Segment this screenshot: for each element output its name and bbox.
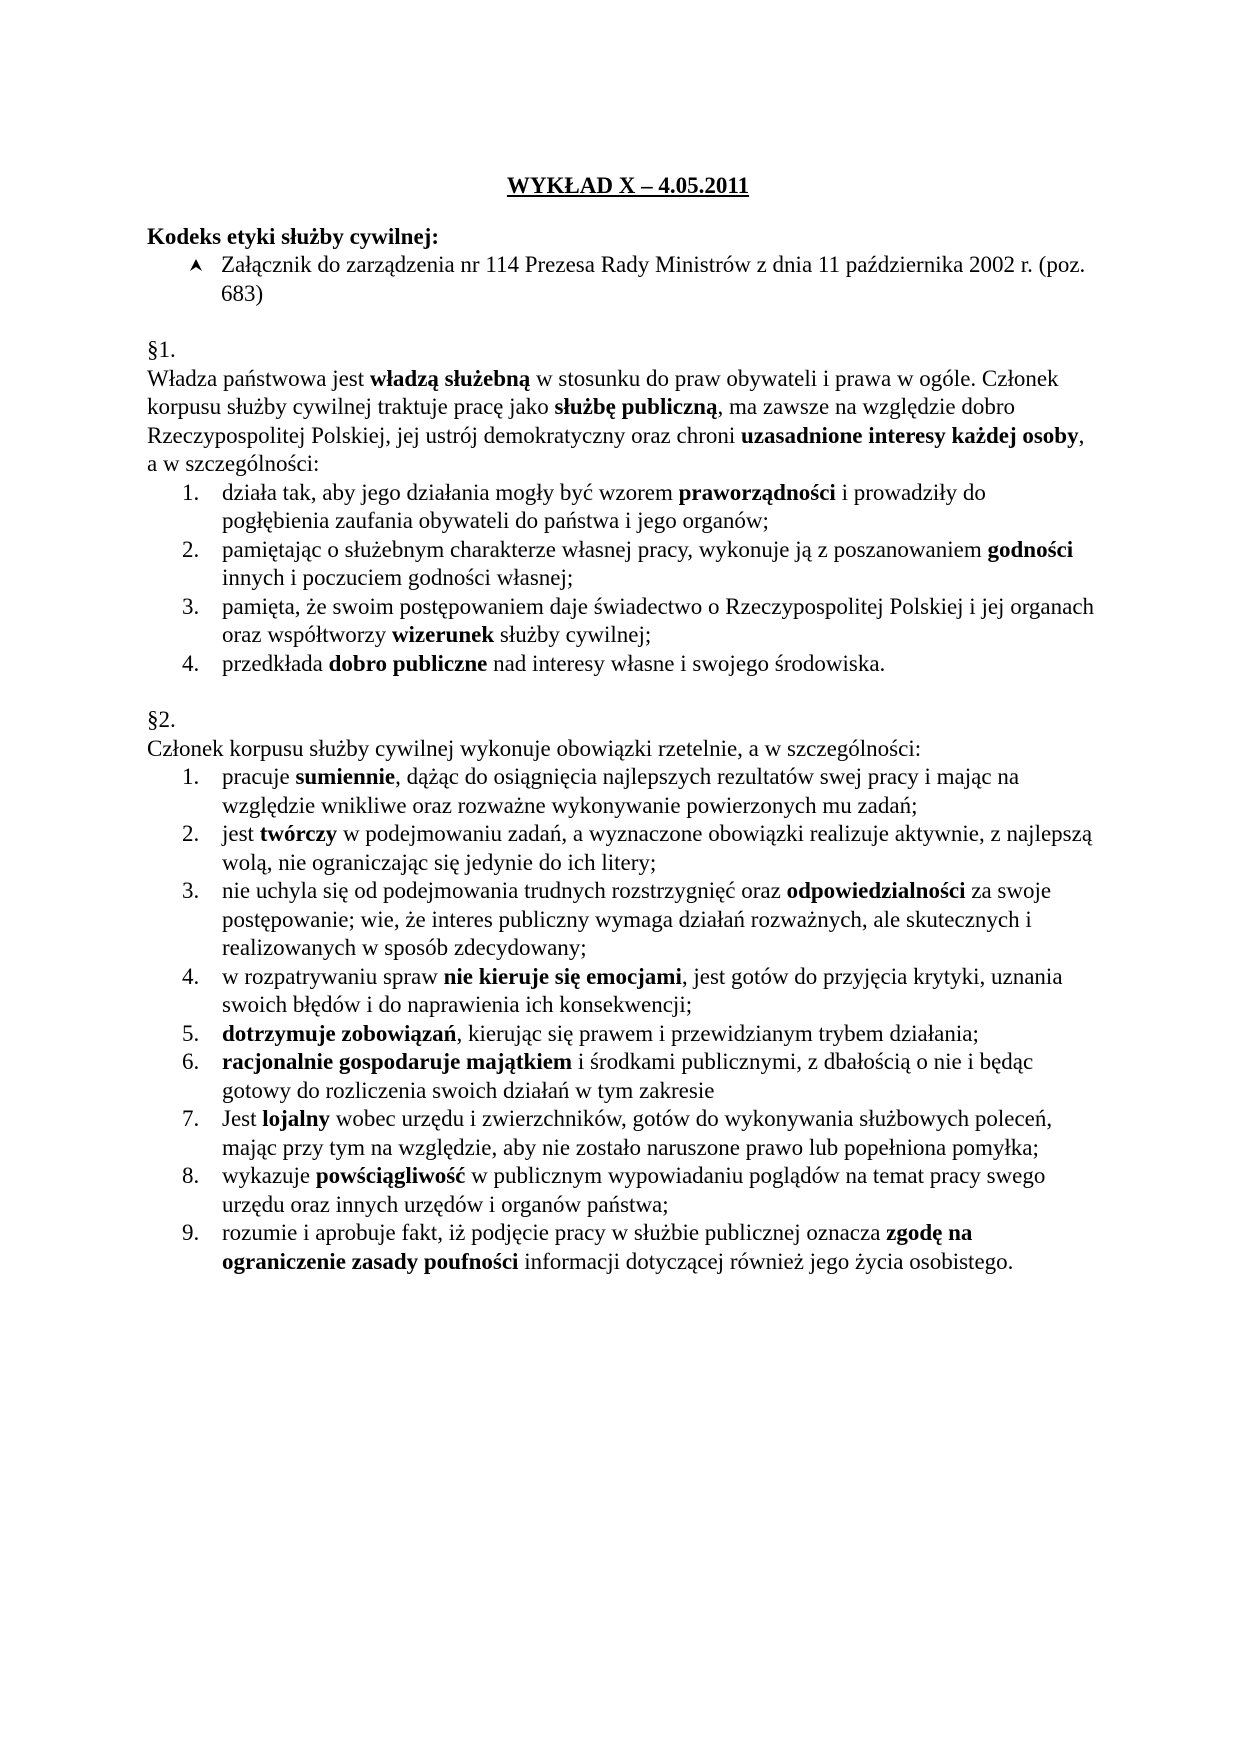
list-number: 6. <box>182 1048 199 1077</box>
document-page: WYKŁAD X – 4.05.2011 Kodeks etyki służby… <box>147 172 1097 1276</box>
text-run: nie uchyla się od podejmowania trudnych … <box>222 878 787 903</box>
text-run: nad interesy własne i swojego środowiska… <box>487 651 885 676</box>
section-mark: §2. <box>147 706 1097 735</box>
numbered-list: 1.działa tak, aby jego działania mogły b… <box>147 479 1097 679</box>
bold-phrase: twórczy <box>260 821 337 846</box>
text-run: przedkłada <box>222 651 329 676</box>
list-item-text: Jest lojalny wobec urzędu i zwierzchnikó… <box>222 1106 1052 1160</box>
text-run: w rozpatrywaniu spraw <box>222 964 444 989</box>
arrowhead-bullet-icon <box>187 251 207 279</box>
list-item-text: wykazuje powściągliwość w publicznym wyp… <box>222 1163 1045 1217</box>
list-item-text: działa tak, aby jego działania mogły być… <box>222 480 986 534</box>
bold-phrase: służbę publiczną <box>555 394 718 419</box>
bold-phrase: godności <box>988 537 1074 562</box>
bold-phrase: sumiennie <box>295 764 395 789</box>
bold-phrase: racjonalnie gospodaruje majątkiem <box>222 1049 572 1074</box>
list-number: 8. <box>182 1162 199 1191</box>
text-run: jest <box>222 821 260 846</box>
list-item: 8.wykazuje powściągliwość w publicznym w… <box>182 1162 1097 1219</box>
list-item: 3.pamięta, że swoim postępowaniem daje ś… <box>182 593 1097 650</box>
list-number: 2. <box>182 820 199 849</box>
text-run: pamiętając o służebnym charakterze własn… <box>222 537 988 562</box>
list-item-text: pamięta, że swoim postępowaniem daje świ… <box>222 594 1094 648</box>
text-run: pamięta, że swoim postępowaniem daje świ… <box>222 594 1094 648</box>
text-run: rozumie i aprobuje fakt, iż podjęcie pra… <box>222 1220 886 1245</box>
list-number: 4. <box>182 650 199 679</box>
bullet-list: Załącznik do zarządzenia nr 114 Prezesa … <box>147 251 1097 308</box>
list-item: 2.jest twórczy w podejmowaniu zadań, a w… <box>182 820 1097 877</box>
section-mark: §1. <box>147 336 1097 365</box>
bullet-item: Załącznik do zarządzenia nr 114 Prezesa … <box>187 251 1097 308</box>
list-item: 5.dotrzymuje zobowiązań, kierując się pr… <box>182 1020 1097 1049</box>
bold-phrase: wizerunek <box>392 622 494 647</box>
list-number: 1. <box>182 763 199 792</box>
list-item: 4.w rozpatrywaniu spraw nie kieruje się … <box>182 963 1097 1020</box>
list-item: 9.rozumie i aprobuje fakt, iż podjęcie p… <box>182 1219 1097 1276</box>
text-run: w podejmowaniu zadań, a wyznaczone obowi… <box>222 821 1092 875</box>
bold-phrase: nie kieruje się emocjami <box>444 964 682 989</box>
list-number: 9. <box>182 1219 199 1248</box>
text-run: Członek korpusu służby cywilnej wykonuje… <box>147 736 921 761</box>
text-run: Władza państwowa jest <box>147 366 370 391</box>
text-run: , kierując się prawem i przewidzianym tr… <box>456 1021 978 1046</box>
bold-phrase: dotrzymuje zobowiązań <box>222 1021 456 1046</box>
numbered-list: 1.pracuje sumiennie, dążąc do osiągnięci… <box>147 763 1097 1276</box>
list-item-text: przedkłada dobro publiczne nad interesy … <box>222 651 885 676</box>
list-item-text: dotrzymuje zobowiązań, kierując się praw… <box>222 1021 979 1046</box>
list-item-text: jest twórczy w podejmowaniu zadań, a wyz… <box>222 821 1092 875</box>
text-run: pracuje <box>222 764 295 789</box>
bold-phrase: powściągliwość <box>316 1163 466 1188</box>
text-run: służby cywilnej; <box>494 622 651 647</box>
text-run: informacji dotyczącej również jego życia… <box>518 1249 1013 1274</box>
list-item-text: w rozpatrywaniu spraw nie kieruje się em… <box>222 964 1063 1018</box>
list-item: 7.Jest lojalny wobec urzędu i zwierzchni… <box>182 1105 1097 1162</box>
section-heading: Kodeks etyki służby cywilnej: <box>147 223 1097 252</box>
bold-phrase: uzasadnione interesy każdej osoby <box>741 423 1079 448</box>
text-run: innych i poczuciem godności własnej; <box>222 565 573 590</box>
bold-phrase: lojalny <box>262 1106 330 1131</box>
list-item-text: racjonalnie gospodaruje majątkiem i środ… <box>222 1049 1033 1103</box>
list-item: 2.pamiętając o służebnym charakterze wła… <box>182 536 1097 593</box>
list-number: 3. <box>182 877 199 906</box>
list-number: 4. <box>182 963 199 992</box>
list-number: 7. <box>182 1105 199 1134</box>
list-number: 5. <box>182 1020 199 1049</box>
list-number: 3. <box>182 593 199 622</box>
section-intro: Członek korpusu służby cywilnej wykonuje… <box>147 735 1097 764</box>
list-item: 1.działa tak, aby jego działania mogły b… <box>182 479 1097 536</box>
bold-phrase: władzą służebną <box>370 366 530 391</box>
list-number: 1. <box>182 479 199 508</box>
list-item-text: rozumie i aprobuje fakt, iż podjęcie pra… <box>222 1220 1013 1274</box>
list-item-text: pamiętając o służebnym charakterze własn… <box>222 537 1073 591</box>
section-2: §2. Członek korpusu służby cywilnej wyko… <box>147 706 1097 1276</box>
section-1: §1. Władza państwowa jest władzą służebn… <box>147 336 1097 678</box>
text-run: wobec urzędu i zwierzchników, gotów do w… <box>222 1106 1052 1160</box>
list-item: 6.racjonalnie gospodaruje majątkiem i śr… <box>182 1048 1097 1105</box>
text-run: działa tak, aby jego działania mogły być… <box>222 480 679 505</box>
text-run: Jest <box>222 1106 262 1131</box>
list-item: 4.przedkłada dobro publiczne nad interes… <box>182 650 1097 679</box>
text-run: wykazuje <box>222 1163 316 1188</box>
document-title: WYKŁAD X – 4.05.2011 <box>147 172 1097 201</box>
list-item: 1.pracuje sumiennie, dążąc do osiągnięci… <box>182 763 1097 820</box>
list-item: 3.nie uchyla się od podejmowania trudnyc… <box>182 877 1097 963</box>
list-item-text: nie uchyla się od podejmowania trudnych … <box>222 878 1051 960</box>
list-item-text: pracuje sumiennie, dążąc do osiągnięcia … <box>222 764 1019 818</box>
bold-phrase: dobro publiczne <box>329 651 488 676</box>
bold-phrase: odpowiedzialności <box>787 878 966 903</box>
section-intro: Władza państwowa jest władzą służebną w … <box>147 365 1097 479</box>
bullet-text: Załącznik do zarządzenia nr 114 Prezesa … <box>221 252 1085 306</box>
bold-phrase: praworządności <box>679 480 836 505</box>
list-number: 2. <box>182 536 199 565</box>
